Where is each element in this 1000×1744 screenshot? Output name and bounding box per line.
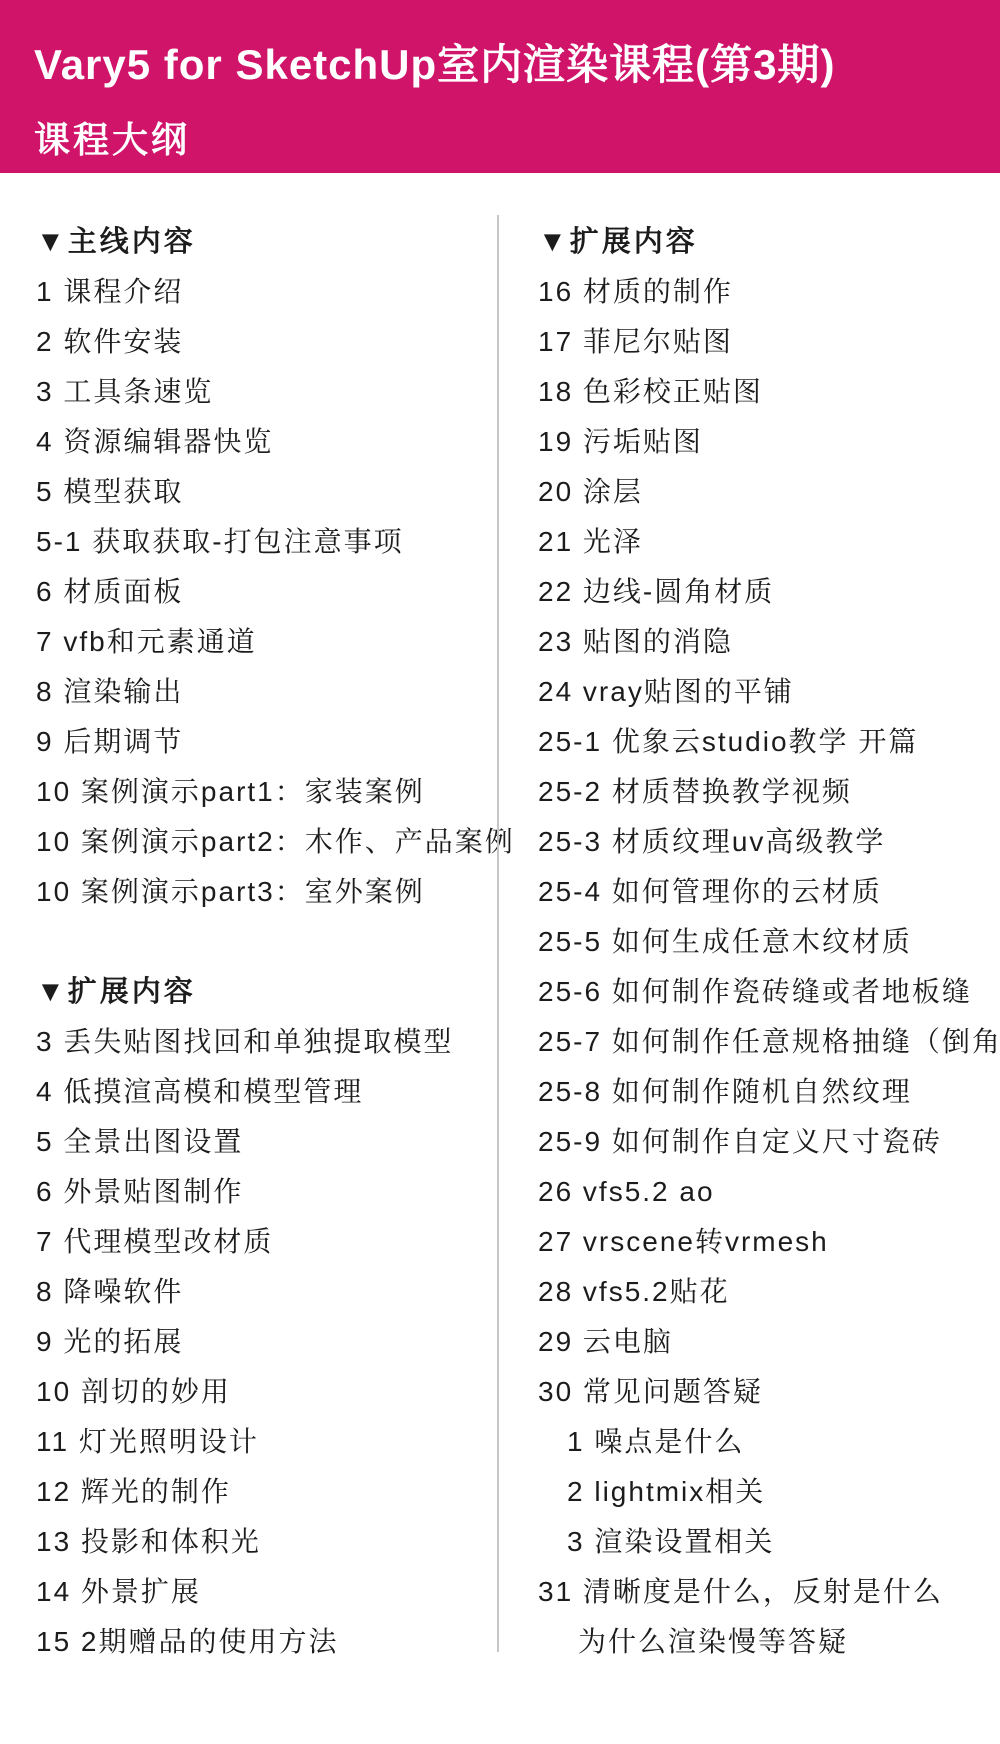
- outline-item: 10 案例演示part1：家装案例: [36, 767, 498, 817]
- outline-item: 2 软件安装: [36, 317, 498, 367]
- outline-item: 5-1 获取获取-打包注意事项: [36, 517, 498, 567]
- outline-item: 6 外景贴图制作: [36, 1167, 498, 1217]
- outline-item: 29 云电脑: [538, 1317, 1000, 1367]
- outline-item: 7 代理模型改材质: [36, 1217, 498, 1267]
- outline-item: 28 vfs5.2贴花: [538, 1267, 1000, 1317]
- outline-item: 22 边线-圆角材质: [538, 567, 1000, 617]
- outline-item: 19 污垢贴图: [538, 417, 1000, 467]
- outline-section: ▼扩展内容16 材质的制作17 菲尼尔贴图18 色彩校正贴图19 污垢贴图20 …: [538, 217, 1000, 1667]
- outline-item: 25-7 如何制作任意规格抽缝（倒角）: [538, 1017, 1000, 1067]
- outline-item: 25-2 材质替换教学视频: [538, 767, 1000, 817]
- outline-section: ▼主线内容1 课程介绍2 软件安装3 工具条速览4 资源编辑器快览5 模型获取5…: [36, 217, 498, 917]
- left-column: ▼主线内容1 课程介绍2 软件安装3 工具条速览4 资源编辑器快览5 模型获取5…: [0, 217, 498, 1667]
- outline-item: 20 涂层: [538, 467, 1000, 517]
- outline-item: 5 全景出图设置: [36, 1117, 498, 1167]
- outline-item: 21 光泽: [538, 517, 1000, 567]
- outline-item: 25-9 如何制作自定义尺寸瓷砖: [538, 1117, 1000, 1167]
- outline-item: 9 光的拓展: [36, 1317, 498, 1367]
- outline-item: 26 vfs5.2 ao: [538, 1167, 1000, 1217]
- outline-item: 13 投影和体积光: [36, 1517, 498, 1567]
- section-header: ▼扩展内容: [36, 967, 498, 1017]
- outline-item: 8 渲染输出: [36, 667, 498, 717]
- header-banner: Vary5 for SketchUp室内渲染课程(第3期) 课程大纲: [0, 0, 1000, 173]
- outline-item: 12 辉光的制作: [36, 1467, 498, 1517]
- outline-item: 25-4 如何管理你的云材质: [538, 867, 1000, 917]
- outline-item: 6 材质面板: [36, 567, 498, 617]
- column-divider: [497, 215, 499, 1652]
- outline-item: 14 外景扩展: [36, 1567, 498, 1617]
- outline-item: 3 渲染设置相关: [538, 1517, 1000, 1567]
- outline-item: 5 模型获取: [36, 467, 498, 517]
- outline-item: 2 lightmix相关: [538, 1467, 1000, 1517]
- outline-item: 18 色彩校正贴图: [538, 367, 1000, 417]
- outline-item: 23 贴图的消隐: [538, 617, 1000, 667]
- outline-item: 30 常见问题答疑: [538, 1367, 1000, 1417]
- outline-item: 15 2期赠品的使用方法: [36, 1617, 498, 1667]
- outline-item: 25-3 材质纹理uv高级教学: [538, 817, 1000, 867]
- outline-item: 8 降噪软件: [36, 1267, 498, 1317]
- outline-item: 16 材质的制作: [538, 267, 1000, 317]
- outline-item: 11 灯光照明设计: [36, 1417, 498, 1467]
- outline-item: 9 后期调节: [36, 717, 498, 767]
- outline-item: 25-1 优象云studio教学 开篇: [538, 717, 1000, 767]
- outline-item: 为什么渲染慢等答疑: [538, 1617, 1000, 1667]
- outline-item: 3 工具条速览: [36, 367, 498, 417]
- outline-item: 25-8 如何制作随机自然纹理: [538, 1067, 1000, 1117]
- outline-item: 10 案例演示part3：室外案例: [36, 867, 498, 917]
- outline-item: 4 低摸渲高模和模型管理: [36, 1067, 498, 1117]
- outline-item: 27 vrscene转vrmesh: [538, 1217, 1000, 1267]
- page-title: Vary5 for SketchUp室内渲染课程(第3期): [34, 0, 966, 92]
- right-column: ▼扩展内容16 材质的制作17 菲尼尔贴图18 色彩校正贴图19 污垢贴图20 …: [498, 217, 1000, 1667]
- outline-item: 31 清晰度是什么，反射是什么: [538, 1567, 1000, 1617]
- outline-section: ▼扩展内容3 丢失贴图找回和单独提取模型4 低摸渲高模和模型管理5 全景出图设置…: [36, 967, 498, 1667]
- page-subtitle: 课程大纲: [34, 92, 966, 163]
- outline-item: 7 vfb和元素通道: [36, 617, 498, 667]
- outline-item: 1 课程介绍: [36, 267, 498, 317]
- outline-item: 25-6 如何制作瓷砖缝或者地板缝: [538, 967, 1000, 1017]
- outline-content: ▼主线内容1 课程介绍2 软件安装3 工具条速览4 资源编辑器快览5 模型获取5…: [0, 173, 1000, 1667]
- outline-item: 24 vray贴图的平铺: [538, 667, 1000, 717]
- section-header: ▼主线内容: [36, 217, 498, 267]
- outline-item: 10 案例演示part2：木作、产品案例: [36, 817, 498, 867]
- outline-item: 3 丢失贴图找回和单独提取模型: [36, 1017, 498, 1067]
- outline-item: 25-5 如何生成任意木纹材质: [538, 917, 1000, 967]
- outline-item: 4 资源编辑器快览: [36, 417, 498, 467]
- outline-item: 1 噪点是什么: [538, 1417, 1000, 1467]
- section-header: ▼扩展内容: [538, 217, 1000, 267]
- outline-item: 10 剖切的妙用: [36, 1367, 498, 1417]
- outline-item: 17 菲尼尔贴图: [538, 317, 1000, 367]
